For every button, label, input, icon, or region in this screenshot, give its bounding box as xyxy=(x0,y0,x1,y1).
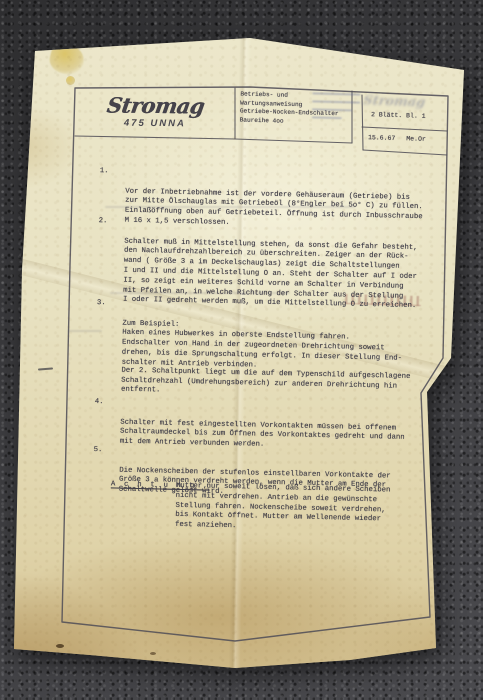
sheet-number-note: 2 Blätt. Bl. 1 xyxy=(371,111,426,120)
faint-red-notation xyxy=(345,294,421,306)
glue-droplet xyxy=(66,76,75,85)
paragraph-3: 3. Zum Beispiel: Haken eines Hubwerkes i… xyxy=(121,300,428,375)
document-title-block: Betriebs- und Wartungsanweisung Getriebe… xyxy=(240,90,353,127)
paragraph-1: 1. Vor der Inbetriebnahme ist der vorder… xyxy=(125,168,432,233)
dirt-speck xyxy=(56,644,64,648)
paragraph-text: Die Nockenscheiben der stufenlos einstel… xyxy=(119,466,391,496)
paragraph-text: Schalter muß in Mittelstellung stehen, d… xyxy=(123,237,418,310)
paragraph-number: 5. xyxy=(94,446,103,456)
paper-sheet: Stromag 475 UNNA Betriebs- und Wartungsa… xyxy=(0,0,483,700)
logo-box: Stromag 475 UNNA xyxy=(75,87,235,137)
horizontal-fold-crease xyxy=(16,258,458,384)
paragraph-number: 1. xyxy=(100,167,109,177)
pen-mark xyxy=(38,367,53,370)
ghost-brand-stamp: Stromag xyxy=(362,94,450,112)
vertical-fold-crease xyxy=(228,36,251,670)
paragraph-text: Der 2. Schaltpunkt liegt um die auf dem … xyxy=(121,366,411,394)
paragraph-number: 2. xyxy=(99,217,108,227)
paragraph-5: 5. Die Nockenscheiben der stufenlos eins… xyxy=(119,447,426,503)
date-row: 15.6.67 Me.Or xyxy=(368,134,426,143)
paragraph-number: 3. xyxy=(97,299,106,309)
dirt-speck xyxy=(150,652,156,655)
attention-text: Mutter nur soweit lösen, daß sich andere… xyxy=(175,482,414,536)
carbon-ghost-marks xyxy=(312,92,361,125)
paper-shadow-wrap: Stromag 475 UNNA Betriebs- und Wartungsa… xyxy=(0,0,483,700)
paragraph-number: 4. xyxy=(95,398,104,408)
carbon-ghost-line xyxy=(68,330,102,332)
document-body: 1. Vor der Inbetriebnahme ist der vorder… xyxy=(87,160,431,547)
attention-label: A c h t u n g , xyxy=(111,480,210,492)
carbon-ghost-line xyxy=(105,206,355,208)
photo-scene: Stromag 475 UNNA Betriebs- und Wartungsa… xyxy=(0,0,483,700)
paragraph-text: Schalter mit fest eingestellten Vorkonta… xyxy=(120,418,405,449)
paragraph-text: Vor der Inbetriebnahme ist der vordere G… xyxy=(125,187,423,227)
paragraph-4: 4. Schalter mit fest eingestellten Vorko… xyxy=(120,399,427,455)
carbon-ghost-line xyxy=(110,292,290,294)
brand-location: 475 UNNA xyxy=(124,117,186,129)
document-date: 15.6.67 xyxy=(368,134,396,142)
paragraph-3-continued: Der 2. Schaltpunkt liegt um die auf dem … xyxy=(121,357,428,403)
editor-initials: Me.Or xyxy=(406,135,426,143)
paragraph-text: Zum Beispiel: Haken eines Hubwerkes in o… xyxy=(122,319,403,369)
brand-logo: Stromag xyxy=(105,95,205,116)
glue-stain xyxy=(47,40,87,77)
document-frame xyxy=(0,0,483,700)
paragraph-2: 2. Schalter muß in Mittelstellung stehen… xyxy=(123,218,431,313)
